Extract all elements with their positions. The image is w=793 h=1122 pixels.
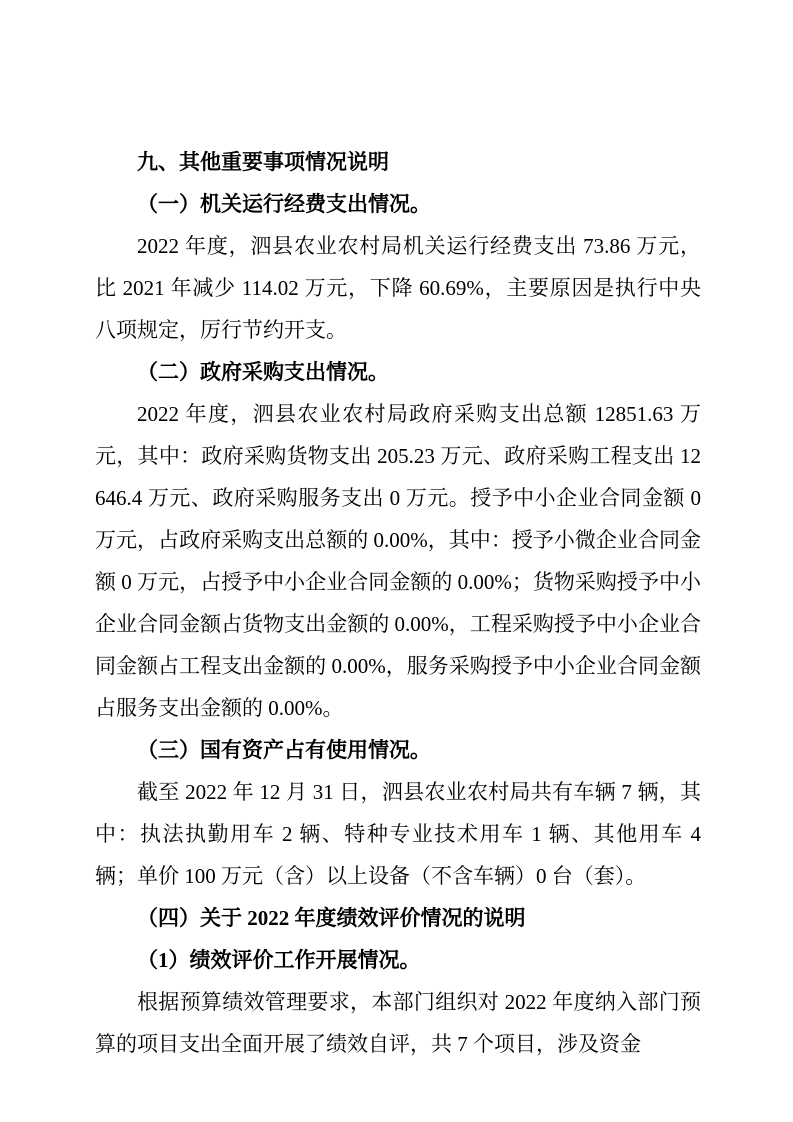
section-heading-other-important-matters: 九、其他重要事项情况说明 (95, 141, 701, 183)
subsection-heading-performance-evaluation: （四）关于 2022 年度绩效评价情况的说明 (95, 897, 701, 939)
subsection-heading-government-procurement: （二）政府采购支出情况。 (95, 351, 701, 393)
paragraph-performance-self-evaluation: 根据预算绩效管理要求，本部门组织对 2022 年度纳入部门预算的项目支出全面开展… (95, 981, 701, 1065)
subsection-heading-state-owned-assets: （三）国有资产占有使用情况。 (95, 729, 701, 771)
paragraph-state-owned-assets: 截至 2022 年 12 月 31 日，泗县农业农村局共有车辆 7 辆，其中：执… (95, 771, 701, 897)
document-page: 九、其他重要事项情况说明 （一）机关运行经费支出情况。 2022 年度，泗县农业… (0, 0, 793, 1122)
paragraph-government-procurement: 2022 年度，泗县农业农村局政府采购支出总额 12851.63 万元，其中：政… (95, 393, 701, 729)
subsection-heading-agency-operating-expenses: （一）机关运行经费支出情况。 (95, 183, 701, 225)
subsection-heading-performance-evaluation-work: （1）绩效评价工作开展情况。 (95, 939, 701, 981)
paragraph-agency-operating-expenses: 2022 年度，泗县农业农村局机关运行经费支出 73.86 万元，比 2021 … (95, 225, 701, 351)
